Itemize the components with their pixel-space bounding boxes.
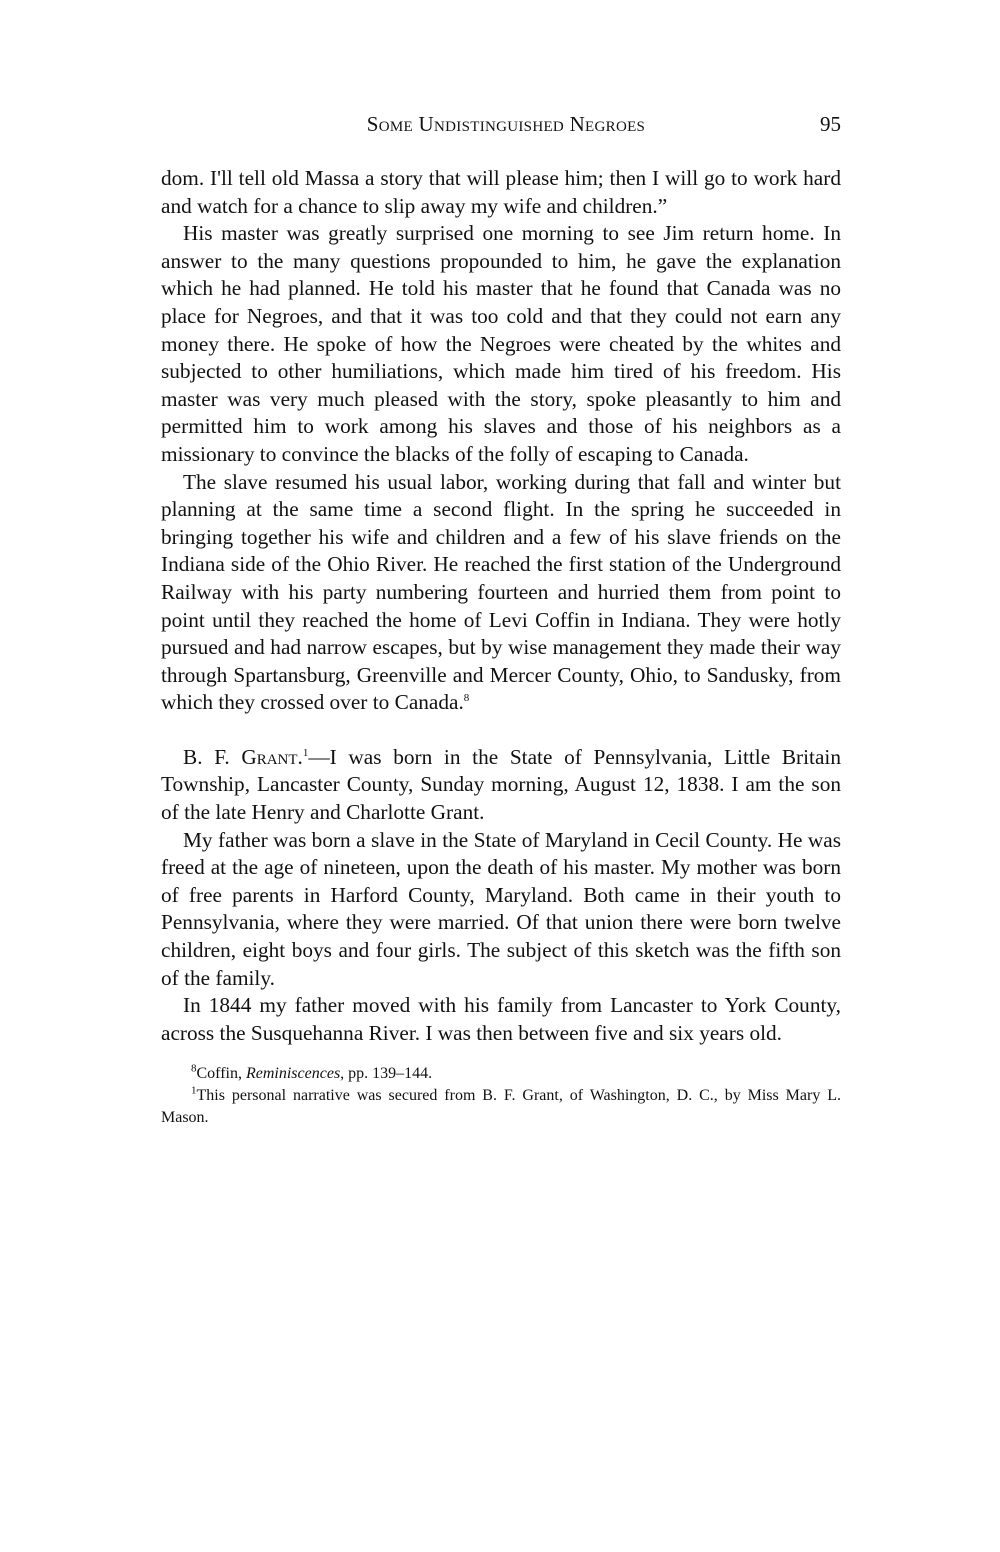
footnote-1: 1This personal narrative was secured fro… — [161, 1085, 841, 1129]
paragraph-grant-intro: B. F. Grant.1—I was born in the State of… — [161, 744, 841, 827]
footnotes: 8Coffin, Reminiscences, pp. 139–144. 1Th… — [161, 1063, 841, 1129]
footnote-8: 8Coffin, Reminiscences, pp. 139–144. — [161, 1063, 841, 1085]
page-body: dom. I'll tell old Massa a story that wi… — [161, 165, 841, 1129]
running-title: Some Undistinguished Negroes — [161, 112, 841, 137]
grant-name: B. F. Grant. — [183, 745, 303, 769]
paragraph-jim-return: His master was greatly surprised one mor… — [161, 220, 841, 468]
paragraph-continued: dom. I'll tell old Massa a story that wi… — [161, 165, 841, 220]
page-header: Some Undistinguished Negroes 95 — [161, 112, 841, 142]
section-gap — [161, 717, 841, 744]
paragraph-grant-move: In 1844 my father moved with his family … — [161, 992, 841, 1047]
page-number: 95 — [820, 112, 841, 137]
footnote-ref: 8 — [464, 692, 470, 704]
paragraph-second-flight: The slave resumed his usual labor, worki… — [161, 469, 841, 717]
paragraph-grant-father: My father was born a slave in the State … — [161, 827, 841, 993]
